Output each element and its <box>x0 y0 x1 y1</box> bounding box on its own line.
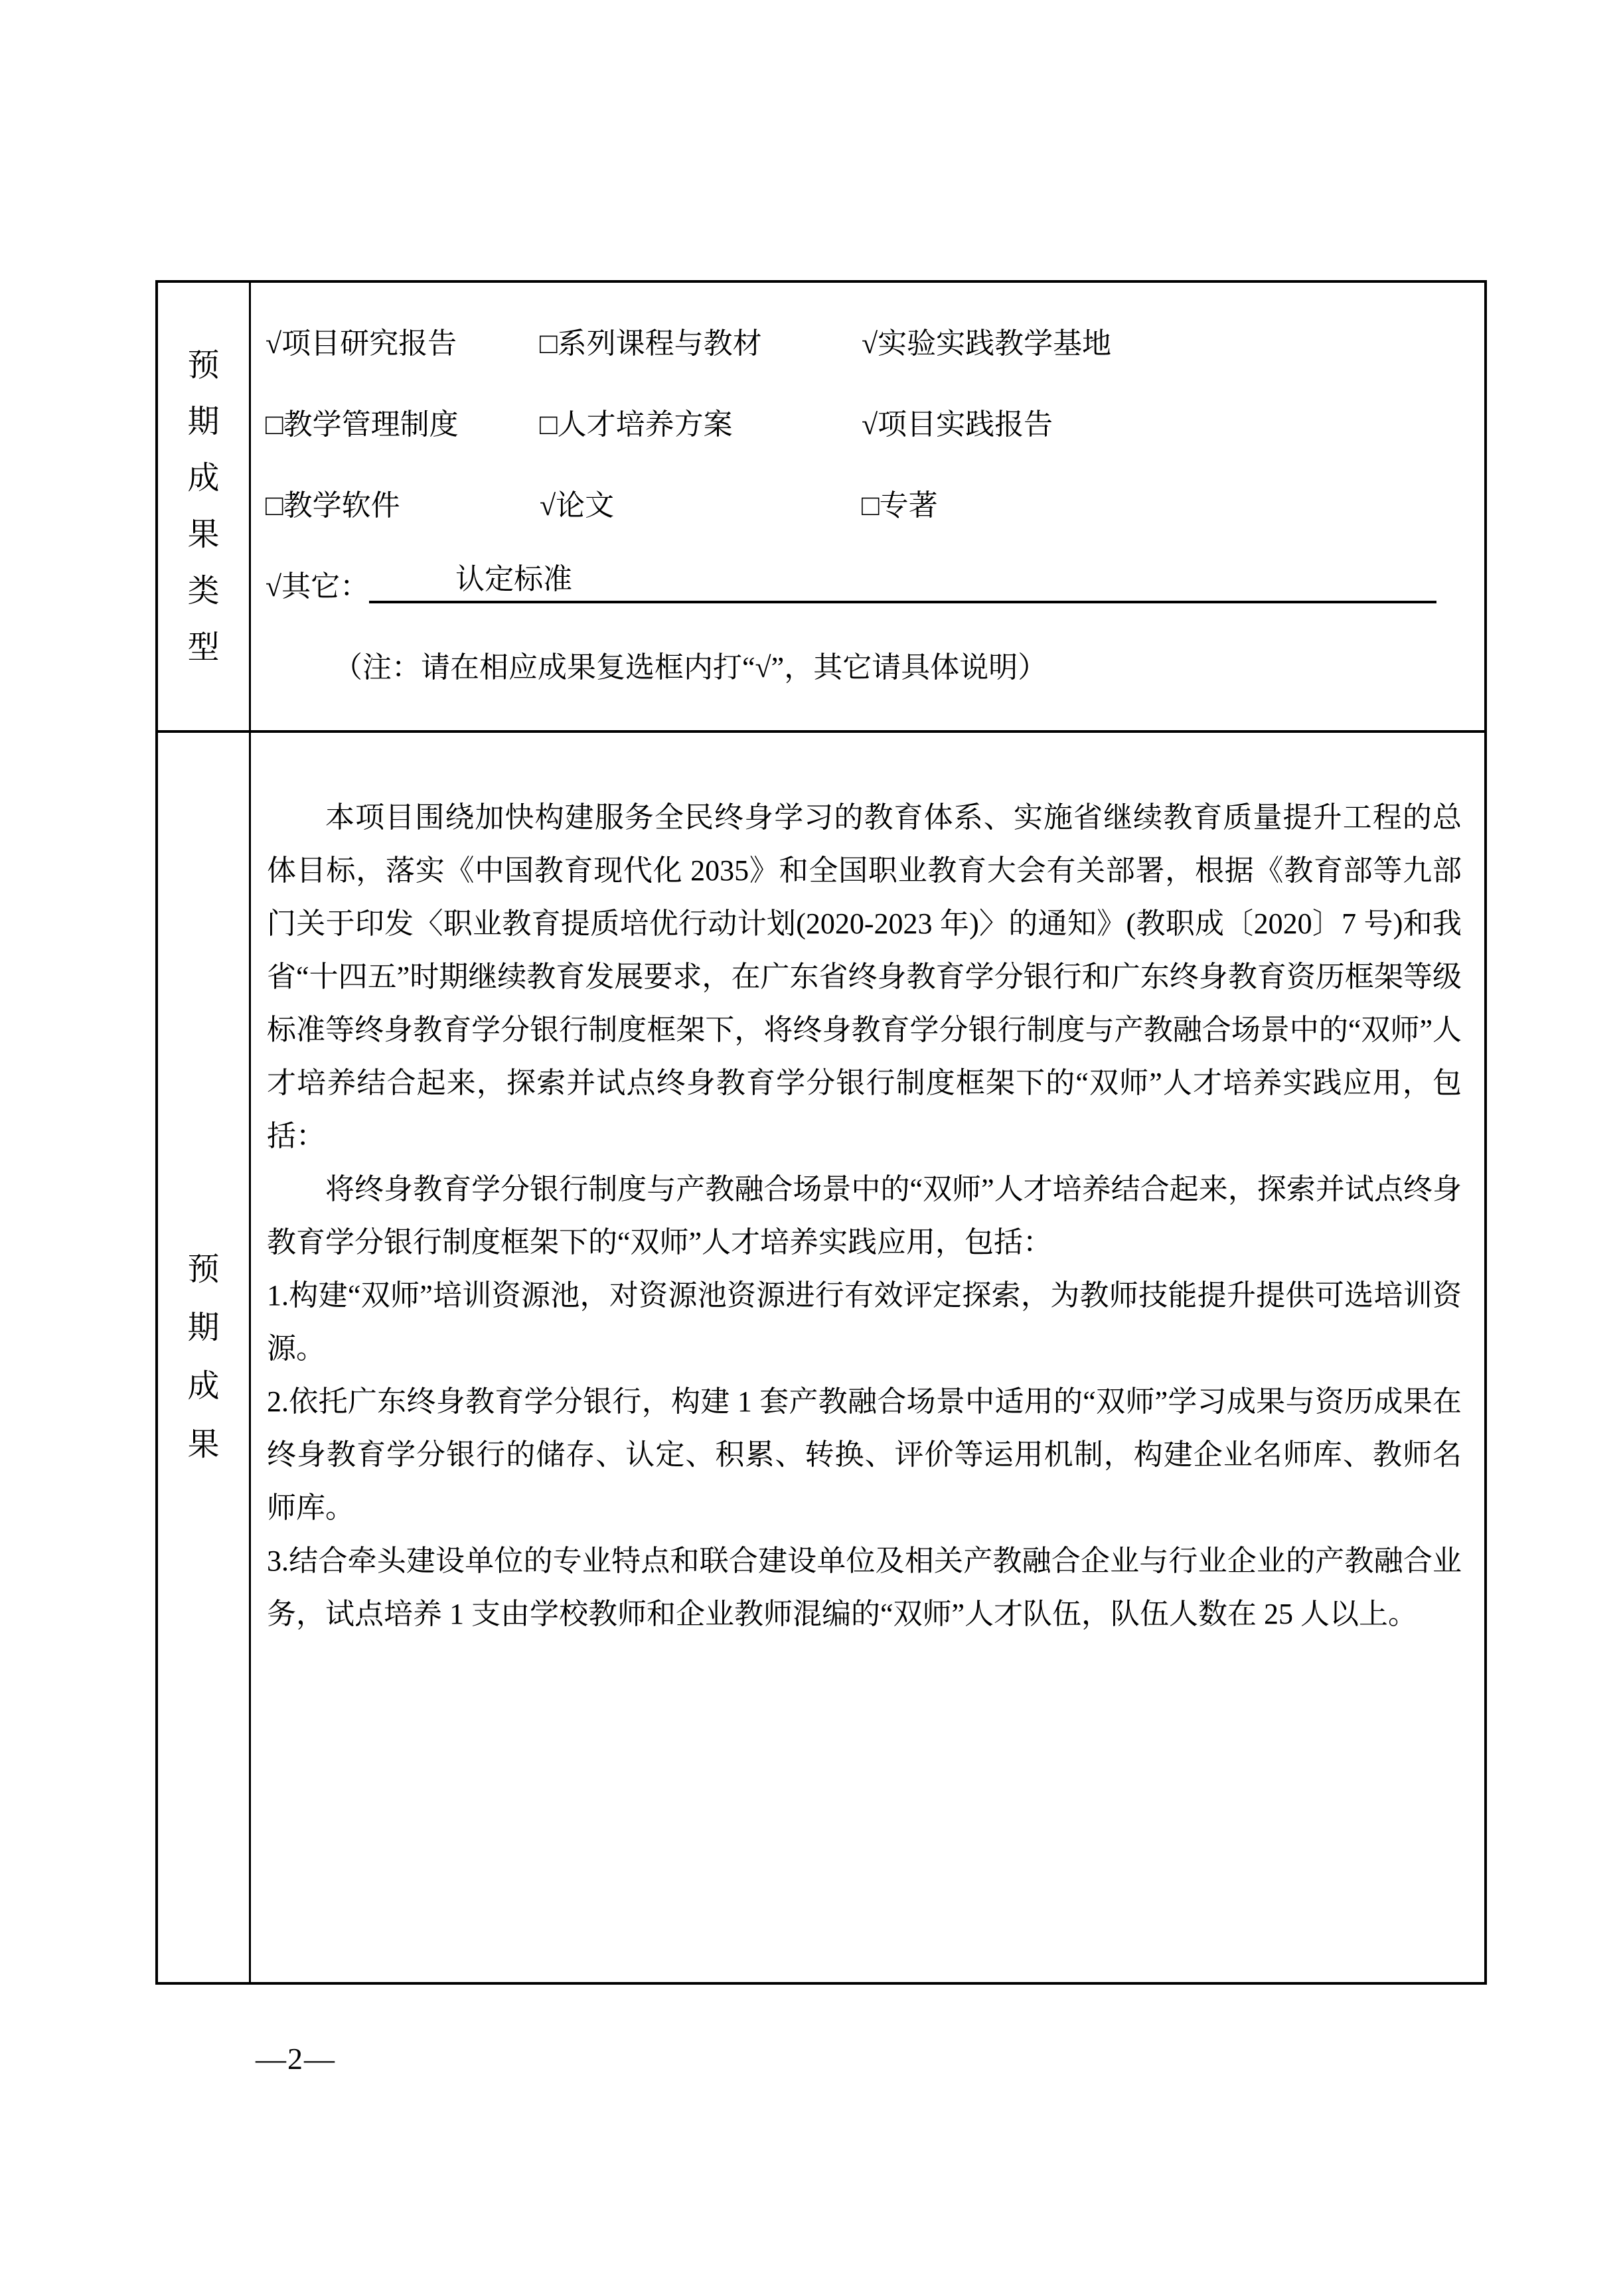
outcome-type-cell: √项目研究报告 □系列课程与教材 √实验实践教学基地 □教学管理制度 □人才培养… <box>251 283 1484 733</box>
checkbox-label: 项目研究报告 <box>281 327 457 360</box>
header-char: 果 <box>187 1429 219 1461</box>
checkmark-icon: √ <box>540 489 556 522</box>
outcome-paragraph: 将终身教育学分银行制度与产教融合场景中的“双师”人才培养结合起来，探索并试点终身… <box>267 1163 1462 1269</box>
checkbox-item: √项目实践报告 <box>862 400 1464 443</box>
checkbox-label: 专著 <box>880 489 938 522</box>
page-number: —2— <box>256 2039 336 2079</box>
other-label: √其它： <box>266 562 369 605</box>
checkbox-label: 教学软件 <box>283 489 400 522</box>
outcome-table: 预 期 成 果 类 型 √项目研究报告 □系列课程与教材 √实验实践教学基地 □… <box>155 280 1487 1985</box>
checkbox-line: □教学管理制度 □人才培养方案 √项目实践报告 <box>266 381 1464 462</box>
checkbox-item: √项目研究报告 <box>266 319 540 362</box>
checkmark-icon: √ <box>266 327 281 360</box>
checkbox-label: 人才培养方案 <box>558 408 733 441</box>
checkbox-item: □系列课程与教材 <box>540 319 862 362</box>
outcome-item-3: 3.结合牵头建设单位的专业特点和联合建设单位及相关产教融合企业与行业企业的产教融… <box>267 1535 1462 1641</box>
checkbox-item: √实验实践教学基地 <box>862 319 1464 362</box>
header-char: 预 <box>187 1254 219 1286</box>
checkbox-item: □专著 <box>862 481 1464 524</box>
header-char: 预 <box>187 350 219 382</box>
checkbox-line: □教学软件 √论文 □专著 <box>266 462 1464 543</box>
other-underline-field: 认定标准 <box>369 564 1436 603</box>
checkbox-icon: □ <box>266 489 283 522</box>
checkbox-icon: □ <box>266 408 283 441</box>
outcome-item-1: 1.构建“双师”培训资源池，对资源池资源进行有效评定探索，为教师技能提升提供可选… <box>267 1269 1462 1375</box>
header-char: 型 <box>187 632 219 664</box>
checkbox-note: （注：请在相应成果复选框内打“√”，其它请具体说明） <box>266 624 1464 705</box>
outcome-paragraph: 本项目围绕加快构建服务全民终身学习的教育体系、实施省继续教育质量提升工程的总体目… <box>267 791 1462 1163</box>
checkbox-item: √论文 <box>540 481 862 524</box>
header-char: 期 <box>187 1312 219 1344</box>
header-char: 类 <box>187 575 219 607</box>
checkbox-label: 系列课程与教材 <box>558 327 762 360</box>
checkbox-item: □教学软件 <box>266 481 540 524</box>
checkmark-icon: √ <box>862 327 878 360</box>
header-char: 成 <box>187 463 219 495</box>
other-outcome-line: √其它： 认定标准 <box>266 543 1464 624</box>
checkbox-line: √项目研究报告 □系列课程与教材 √实验实践教学基地 <box>266 300 1464 381</box>
header-char: 果 <box>187 519 219 551</box>
checkmark-icon: √ <box>862 408 878 441</box>
checkmark-icon: √ <box>266 570 281 603</box>
checkbox-icon: □ <box>862 489 880 522</box>
outcome-description-cell: 本项目围绕加快构建服务全民终身学习的教育体系、实施省继续教育质量提升工程的总体目… <box>251 733 1484 1982</box>
row-header-expected-outcome-type: 预 期 成 果 类 型 <box>158 283 251 733</box>
checkbox-icon: □ <box>540 408 558 441</box>
outcome-item-2: 2.依托广东终身教育学分银行，构建 1 套产教融合场景中适用的“双师”学习成果与… <box>267 1375 1462 1535</box>
checkbox-label: 实验实践教学基地 <box>878 327 1111 360</box>
header-char: 成 <box>187 1371 219 1403</box>
other-value: 认定标准 <box>455 563 572 595</box>
row-header-expected-outcome: 预 期 成 果 <box>158 733 251 1982</box>
checkbox-label: 教学管理制度 <box>283 408 459 441</box>
header-char: 期 <box>187 406 219 438</box>
checkbox-icon: □ <box>540 327 558 360</box>
checkbox-label: 论文 <box>556 489 614 522</box>
checkbox-item: □教学管理制度 <box>266 400 540 443</box>
document-page: 预 期 成 果 类 型 √项目研究报告 □系列课程与教材 √实验实践教学基地 □… <box>0 0 1623 2296</box>
checkbox-item: □人才培养方案 <box>540 400 862 443</box>
checkbox-label: 项目实践报告 <box>878 408 1053 441</box>
